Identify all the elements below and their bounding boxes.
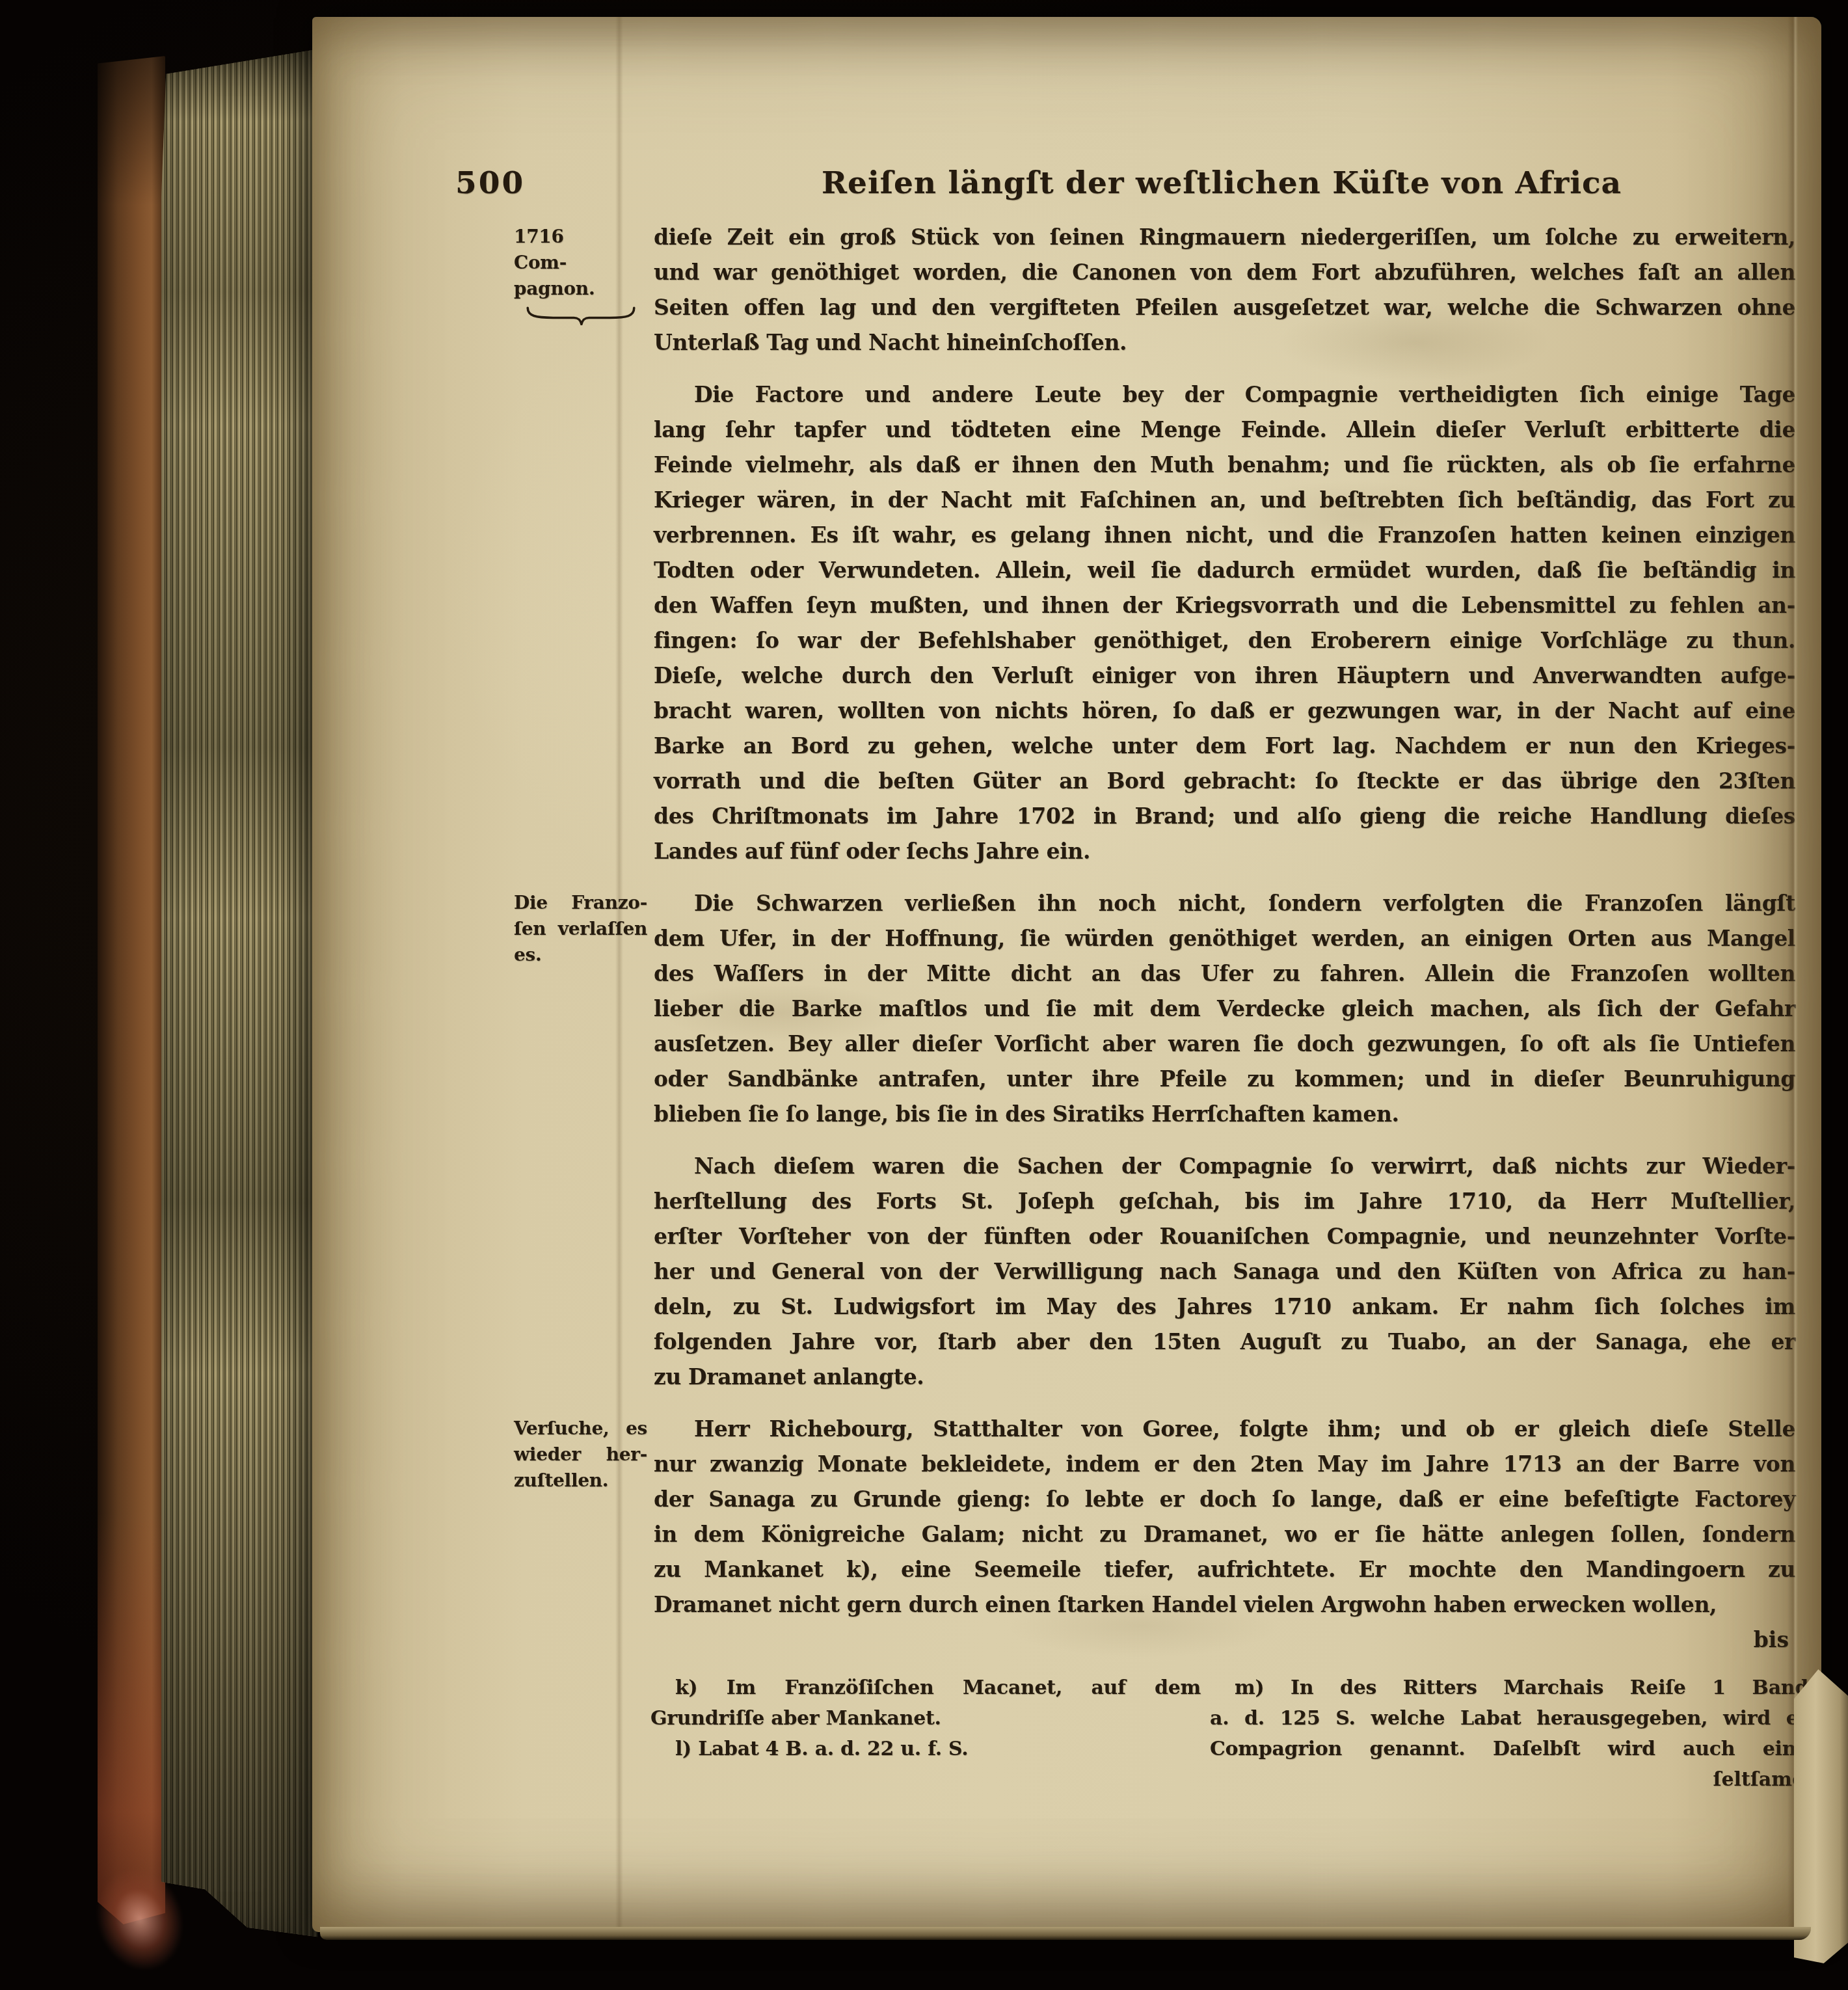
text-line: Die Schwarzen verließen ihn noch nicht, … <box>654 886 1795 921</box>
text-line: Unterlaß Tag und Nacht hineinſchoſſen. <box>654 325 1795 360</box>
text-line: Herr Richebourg, Statthalter von Goree, … <box>654 1412 1795 1447</box>
underbrace-icon <box>521 304 641 325</box>
book-cover-edge <box>98 56 165 1924</box>
text-line: herſtellung des Forts St. Joſeph geſchah… <box>654 1184 1795 1219</box>
paragraph: dieſe Zeit ein groß Stück von ſeinen Rin… <box>654 220 1795 360</box>
text-line: oder Sandbänke antrafen, unter ihre Pfei… <box>654 1062 1795 1097</box>
text-line: vorrath und die beſten Güter an Bord geb… <box>654 764 1795 799</box>
paragraph: Die Schwarzen verließen ihn noch nicht, … <box>654 886 1795 1132</box>
text-line: Compagrion genannt. Daſelbſt wird auch e… <box>1210 1734 1808 1764</box>
text-line: her und General von der Verwilligung nac… <box>654 1254 1795 1289</box>
text-line: Dramanet nicht gern durch einen ſtarken … <box>654 1587 1795 1622</box>
text-line: zu Mankanet k), eine Seemeile tiefer, au… <box>654 1552 1795 1587</box>
paragraph: Herr Richebourg, Statthalter von Goree, … <box>654 1412 1795 1622</box>
text-line: des Chriſtmonats im Jahre 1702 in Brand;… <box>654 799 1795 834</box>
text-line: Nach dieſem waren die Sachen der Compagn… <box>654 1149 1795 1184</box>
page-number: 500 <box>455 165 650 201</box>
text-line: Grundriſſe aber Mankanet. <box>650 1703 1201 1734</box>
text-line: in dem Königreiche Galam; nicht zu Drama… <box>654 1517 1795 1552</box>
text-line: l) Labat 4 B. a. d. 22 u. f. S. <box>650 1734 1201 1764</box>
running-header: 500 Reiſen längſt der weſtlichen Küſte v… <box>455 165 1793 201</box>
text-line: Landes auf fünf oder ſechs Jahre ein. <box>654 834 1795 869</box>
text-line: fingen: ſo war der Befehlshaber genöthig… <box>654 623 1795 658</box>
text-line: a. d. 125 S. welche Labat herausgegeben,… <box>1210 1703 1808 1734</box>
catchword: bis <box>654 1622 1795 1658</box>
footnote-column-right: m) In des Ritters Marchais Reiſe 1 Banda… <box>1210 1673 1808 1795</box>
paragraph: Nach dieſem waren die Sachen der Compagn… <box>654 1149 1795 1395</box>
page-fore-edge <box>161 46 317 1943</box>
text-line: dieſe Zeit ein groß Stück von ſeinen Rin… <box>654 220 1795 255</box>
text-line: Dieſe, welche durch den Verluſt einiger … <box>654 658 1795 693</box>
page-curl-edge <box>1794 1669 1848 1963</box>
text-line: Barke an Bord zu gehen, welche unter dem… <box>654 729 1795 764</box>
text-block: 1716Com-pagnon. dieſe Zeit ein groß Stüc… <box>514 220 1795 1658</box>
text-line: verbrennen. Es iſt wahr, es gelang ihnen… <box>654 518 1795 553</box>
text-line: k) Im Franzöſiſchen Macanet, auf dem <box>650 1673 1201 1703</box>
text-line: Todten oder Verwundeten. Allein, weil ſi… <box>654 553 1795 588</box>
text-line: und war genöthiget worden, die Canonen v… <box>654 255 1795 290</box>
text-line: es. <box>514 942 647 968</box>
footnote-catchword: ſeltſame <box>1210 1764 1808 1795</box>
text-line: erſter Vorſteher von der fünften oder Ro… <box>654 1219 1795 1254</box>
text-line: ſen verlaſſen <box>514 916 647 942</box>
text-line: pagnon. <box>514 276 641 302</box>
text-line: Krieger wären, in der Nacht mit Faſchine… <box>654 483 1795 518</box>
margin-note-year-compagnon: 1716Com-pagnon. <box>514 220 654 377</box>
text-line: blieben ſie ſo lange, bis ſie in des Sir… <box>654 1097 1795 1132</box>
margin-note-versuche-wiederherstellen: Verſuche, eswieder her-zuſtellen. <box>514 1412 654 1622</box>
footnote-k: k) Im Franzöſiſchen Macanet, auf demGrun… <box>650 1673 1201 1734</box>
text-line: des Waſſers in der Mitte dicht an das Uf… <box>654 956 1795 991</box>
text-line: deln, zu St. Ludwigsfort im May des Jahr… <box>654 1289 1795 1324</box>
text-line: Die Factore und andere Leute bey der Com… <box>654 377 1795 412</box>
margin-note-text: Verſuche, eswieder her-zuſtellen. <box>514 1416 647 1494</box>
footnote-m: m) In des Ritters Marchais Reiſe 1 Banda… <box>1210 1673 1808 1764</box>
margin-note-franzosen-verlassen: Die Franzo-ſen verlaſſenes. <box>514 886 654 1149</box>
text-line: 1716 <box>514 224 641 250</box>
text-line: folgenden Jahre vor, ſtarb aber den 15te… <box>654 1324 1795 1360</box>
text-line: den Waffen ſeyn mußten, und ihnen der Kr… <box>654 588 1795 623</box>
page-bottom-edge <box>320 1927 1811 1940</box>
margin-note-text: Die Franzo-ſen verlaſſenes. <box>514 890 647 968</box>
margin-note-text: 1716Com-pagnon. <box>514 224 647 302</box>
text-line: m) In des Ritters Marchais Reiſe 1 Band <box>1210 1673 1808 1703</box>
running-title: Reiſen längſt der weſtlichen Küſte von A… <box>650 165 1793 201</box>
text-line: nur zwanzig Monate bekleidete, indem er … <box>654 1447 1795 1482</box>
text-line: Die Franzo- <box>514 890 647 916</box>
text-line: bracht waren, wollten von nichts hören, … <box>654 693 1795 729</box>
text-line: ausſetzen. Bey aller dieſer Vorſicht abe… <box>654 1027 1795 1062</box>
scanned-book-photo: 500 Reiſen längſt der weſtlichen Küſte v… <box>0 0 1848 1990</box>
paragraph: Die Factore und andere Leute bey der Com… <box>654 377 1795 869</box>
text-line: lang ſehr tapfer und tödteten eine Menge… <box>654 412 1795 448</box>
text-line: dem Ufer, in der Hoffnung, ſie würden ge… <box>654 921 1795 956</box>
text-line: lieber die Barke maſtlos und ſie mit dem… <box>654 991 1795 1027</box>
text-line: Verſuche, es <box>514 1416 647 1442</box>
text-line: Feinde vielmehr, als daß er ihnen den Mu… <box>654 448 1795 483</box>
footnote-column-left: k) Im Franzöſiſchen Macanet, auf demGrun… <box>650 1673 1201 1795</box>
text-line: der Sanaga zu Grunde gieng: ſo lebte er … <box>654 1482 1795 1517</box>
text-line: Seiten offen lag und den vergifteten Pfe… <box>654 290 1795 325</box>
footnote-l: l) Labat 4 B. a. d. 22 u. f. S. <box>650 1734 1201 1764</box>
text-line: zu Dramanet anlangte. <box>654 1360 1795 1395</box>
text-line: zuſtellen. <box>514 1468 647 1494</box>
text-line: wieder her- <box>514 1442 647 1468</box>
footnotes: k) Im Franzöſiſchen Macanet, auf demGrun… <box>650 1673 1808 1795</box>
book-page: 500 Reiſen längſt der weſtlichen Küſte v… <box>312 17 1821 1932</box>
text-line: Com- <box>514 250 641 276</box>
